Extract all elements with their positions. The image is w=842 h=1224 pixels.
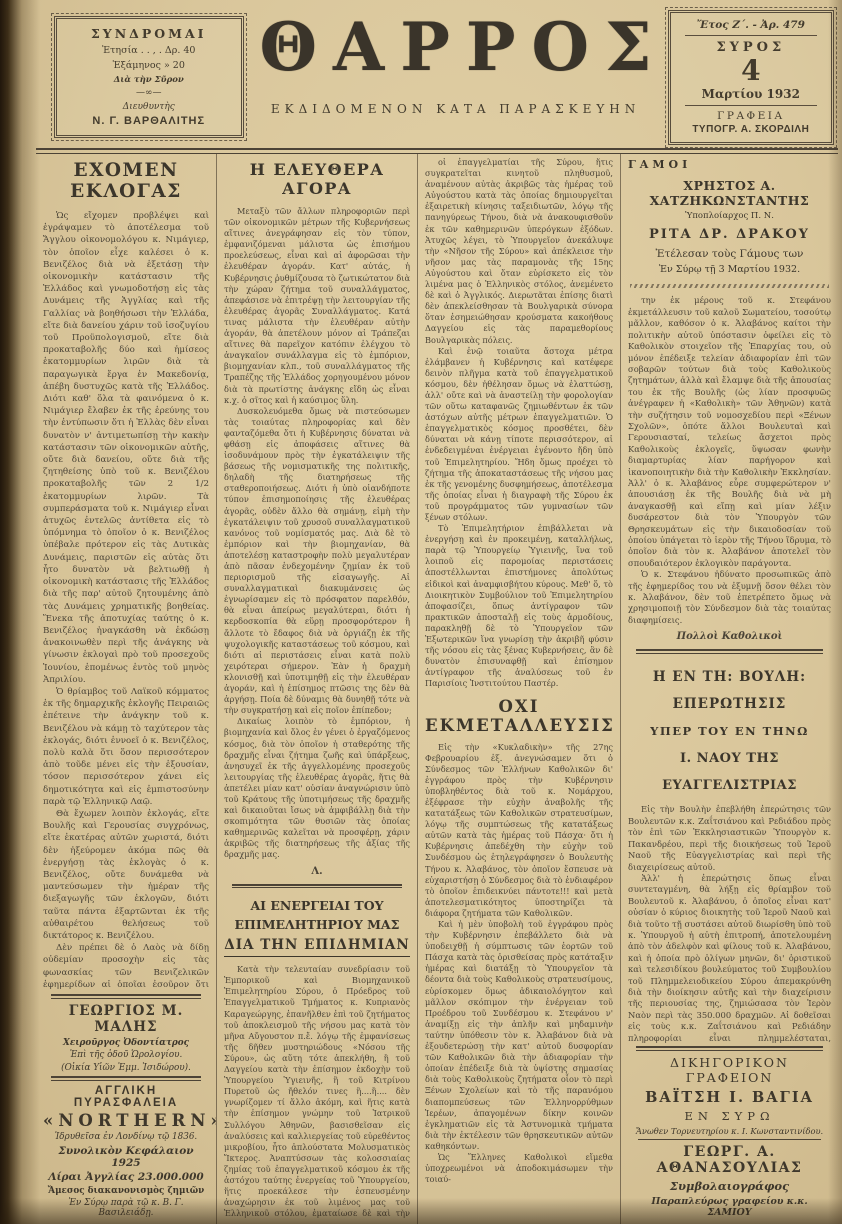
paragraph: Εἰς τὴν Βουλὴν ἐπεβλήθη ἐπερώτησις τῶν Β… [628, 804, 831, 872]
subscriptions-heading: ΣΥΝΔΡΟΜΑΙ [61, 26, 237, 41]
page-columns: ΕΧΟΜΕΝ ΕΚΛΟΓΑΣ Ὡς εἴχομεν προβλέψει καὶ … [36, 154, 838, 1224]
article-body: Ὡς εἴχομεν προβλέψει καὶ ἐγράψαμεν τὸ ἀπ… [43, 210, 209, 991]
paragraph: Ὡς Ἕλληνες Καθολικοὶ εἴμεθα ὑποχρεωμένοι… [425, 1152, 613, 1185]
ad-insurance-line: Λίραι Ἀγγλίας 23.000.000 [43, 1171, 209, 1183]
ad-insurance-line: Συνολικὸν Κεφάλαιον 1925 [43, 1145, 209, 1169]
article-oxi-ekmetallefsis: ΟΧΙ ΕΚΜΕΤΑΛΛΕΥΣΙΣ Εἰς τὴν «Κυκλαδικὴν» τ… [425, 690, 613, 1219]
section-rule [636, 649, 823, 654]
paragraph: Ὡς εἴχομεν προβλέψει καὶ ἐγράψαμεν τὸ ἀπ… [43, 210, 209, 686]
ad-law-title: ΔΙΚΗΓΟΡΙΚΟΝ ΓΡΑΦΕΙΟΝ [628, 1055, 831, 1085]
paragraph: Τὸ Ἐπιμελητήριον ἐπιβάλλεται νὰ ἐνεργήσῃ… [425, 523, 613, 689]
newspaper-title: ΘΑΡΡΟΣ [244, 8, 668, 86]
printer-name: ΤΥΠΟΓΡ. Α. ΣΚΟΡΔΙΛΗ [675, 124, 827, 135]
column-3: οἱ ἐπαγγελματίαι τῆς Σύρου, ἥτις συγκρατ… [418, 154, 621, 1224]
scan-spine-shadow [0, 0, 40, 1224]
column-1: ΕΧΟΜΕΝ ΕΚΛΟΓΑΣ Ὡς εἴχομεν προβλέψει καὶ … [36, 154, 217, 1224]
divider [685, 105, 817, 106]
paragraph: Δυσκολευόμεθα ὅμως νὰ πιστεύσωμεν τὰς το… [224, 406, 410, 717]
ad-insurance-line: Ἐν Σύρῳ παρὰ τῷ κ. Β. Γ. Βασιλειάδῃ. [43, 1198, 209, 1218]
ad-insurance-line: Ἄμεσος διακανονισμὸς ζημιῶν [43, 1186, 209, 1196]
article-body: την ἐκ μέρους τοῦ κ. Στεφάνου ἐκμετάλλευ… [628, 295, 831, 626]
section-rule [232, 884, 402, 889]
paragraph: Ὁ κ. Στεφάνου ἠδύνατο προσωπικῶς ἀπὸ τῆς… [628, 569, 831, 626]
section-rule [51, 994, 201, 999]
subscription-annual: Ἐτησία . . , . Δρ. 40 [61, 45, 237, 56]
subscription-semiannual: Ἑξάμηνος » 20 [61, 60, 237, 71]
ad-dentist-line: Χειροῦργος Ὀδοντίατρος [43, 1038, 209, 1048]
ad-insurance-northern: ΑΓΓΛΙΚΗ ΠΥΡΑΣΦΑΛΕΙΑ «NORTHERN» Ἱδρυθεῖσα… [43, 1085, 209, 1219]
article-headline: ΑΙ ΕΝΕΡΓΕΙΑΙ ΤΟΥ ΕΠΙΜΕΛΗΤΗΡΙΟΥ ΜΑΣ ΔΙΑ Τ… [224, 897, 410, 957]
article-headline: Η ΕΛΕΥΘΕΡΑ ΑΓΟΡΑ [224, 160, 410, 198]
paragraph: Καὶ ἡ μὲν ὑποβολὴ τοῦ ἐγγράφου πρὸς τὴν … [425, 919, 613, 1152]
article-body: Μεταξὺ τῶν ἄλλων πληροφοριῶν περὶ τῶν οἰ… [224, 206, 410, 861]
ad-insurance-line: Ἱδρυθεῖσα ἐν Λονδίνῳ τῷ 1836. [43, 1132, 209, 1142]
wedding-groom-name: ΧΡΗΣΤΟΣ Α. ΧΑΤΖΗΚΩΝΣΤΑΝΤΗΣ [628, 178, 831, 208]
ad-dentist-name: ΓΕΩΡΓΙΟΣ Μ. ΜΑΛΗΣ [43, 1003, 209, 1035]
paragraph: Δὲν πρέπει δὲ ὁ Λαὸς νὰ δίδῃ οὐδεμίαν πρ… [43, 942, 209, 991]
paragraph: την ἐκ μέρους τοῦ κ. Στεφάνου ἐκμετάλλευ… [628, 295, 831, 569]
paragraph: Δικαίως λοιπὸν τὸ ἐμπόριον, ἡ βιομηχανία… [224, 716, 410, 860]
column1-ads: ΓΕΩΡΓΙΟΣ Μ. ΜΑΛΗΣ Χειροῦργος Ὀδοντίατρος… [43, 991, 209, 1218]
ad-law-office: ΔΙΚΗΓΟΡΙΚΟΝ ΓΡΑΦΕΙΟΝ ΒΑΪΤΣΗ Ι. ΒΑΓΙΑ ΕΝ … [628, 1055, 831, 1136]
headline-line: Ι. ΝΑΟΥ ΤΗΣ ΕΥΑΓΓΕΛΙΣΤΡΙΑΣ [662, 751, 797, 793]
offices-label: ΓΡΑΦΕΙΑ [675, 110, 827, 122]
paragraph: οἱ ἐπαγγελματίαι τῆς Σύρου, ἥτις συγκρατ… [425, 157, 613, 346]
paragraph: Κατὰ τὴν τελευταίαν συνεδρίασιν τοῦ Ἐμπο… [224, 964, 410, 1218]
column-4: ΓΑΜΟΙ ΧΡΗΣΤΟΣ Α. ΧΑΤΖΗΚΩΝΣΤΑΝΤΗΣ Ὑποπλοί… [621, 154, 838, 1224]
ad-notary-role: Συμβολαιογράφος [628, 1179, 831, 1193]
section-rule [636, 1046, 823, 1051]
article-body: οἱ ἐπαγγελματίαι τῆς Σύρου, ἥτις συγκρατ… [425, 157, 613, 690]
director-name: Ν. Γ. ΒΑΡΘΑΛΙΤΗΣ [61, 115, 237, 127]
article-body: Εἰς τὴν Βουλὴν ἐπεβλήθη ἐπερώτησις τῶν Β… [628, 804, 831, 1043]
paragraph: Ἀλλ' ἡ ἐπερώτησις ὅπως εἶναι συντεταγμέν… [628, 873, 831, 1043]
masthead-rule [36, 148, 838, 154]
issue-date: Μαρτίου 1932 [675, 87, 827, 101]
article-exomen-eklogas: ΕΧΟΜΕΝ ΕΚΛΟΓΑΣ Ὡς εἴχομεν προβλέψει καὶ … [43, 157, 209, 991]
letter-signature: Πολλοὶ Καθολικοὶ [628, 631, 831, 642]
headline-line: Η ΕΝ ΤΗ: ΒΟΥΛΗ: ΕΠΕΡΩΤΗΣΙΣ [653, 669, 806, 712]
paragraph: Μεταξὺ τῶν ἄλλων πληροφοριῶν περὶ τῶν οἰ… [224, 206, 410, 406]
wedding-place-date: Ἐν Σύρῳ τῇ 3 Μαρτίου 1932. [628, 264, 831, 275]
paragraph: Ὁ θρίαμβος τοῦ Λαϊκοῦ κόμματος ἐκ τῆς δη… [43, 686, 209, 808]
article-body: Εἰς τὴν «Κυκλαδικὴν» τῆς 27ης Φεβρουαρίο… [425, 742, 613, 1186]
article-signature: Λ. [224, 866, 410, 877]
masthead-center: ΘΑΡΡΟΣ ΕΚΔΙΔΟΜΕΝΟΝ ΚΑΤΑ ΠΑΡΑΣΚΕΥΗΝ [244, 0, 668, 116]
ad-insurance-brand: «NORTHERN» [43, 1111, 209, 1130]
article-body: Κατὰ τὴν τελευταίαν συνεδρίασιν τοῦ Ἐμπο… [224, 964, 410, 1218]
wedding-announcement: ΧΡΗΣΤΟΣ Α. ΧΑΤΖΗΚΩΝΣΤΑΝΤΗΣ Ὑποπλοίαρχος … [628, 178, 831, 275]
wedding-groom-title: Ὑποπλοίαρχος Π. Ν. [628, 211, 831, 221]
ad-insurance-heading: ΑΓΓΛΙΚΗ ΠΥΡΑΣΦΑΛΕΙΑ [43, 1085, 209, 1109]
article-headline: ΕΧΟΜΕΝ ΕΚΛΟΓΑΣ [43, 160, 209, 202]
article-eleftheras-agora: Η ΕΛΕΥΘΕΡΑ ΑΓΟΡΑ Μεταξὺ τῶν ἄλλων πληροφ… [224, 157, 410, 881]
subscription-box: ΣΥΝΔΡΟΜΑΙ Ἐτησία . . , . Δρ. 40 Ἑξάμηνος… [54, 16, 244, 138]
ad-dentist: ΓΕΩΡΓΙΟΣ Μ. ΜΑΛΗΣ Χειροῦργος Ὀδοντίατρος… [43, 1003, 209, 1073]
issue-place: ΣΥΡΟΣ [675, 40, 827, 55]
article-eperotisis: Η ΕΝ ΤΗ: ΒΟΥΛΗ: ΕΠΕΡΩΤΗΣΙΣ ΥΠΕΡ ΤΟΥ ΕΝ Τ… [628, 658, 831, 1043]
article-headline: ΟΧΙ ΕΚΜΕΤΑΛΛΕΥΣΙΣ [425, 692, 613, 735]
director-label: Διευθυντὴς [61, 102, 237, 112]
section-rule [638, 1139, 821, 1140]
wedding-bride-name: ΡΙΤΑ ΔΡ. ΔΡΑΚΟΥ [628, 227, 831, 242]
masthead: ΣΥΝΔΡΟΜΑΙ Ἐτησία . . , . Δρ. 40 Ἑξάμηνος… [36, 0, 838, 146]
newspaper-subtitle: ΕΚΔΙΔΟΜΕΝΟΝ ΚΑΤΑ ΠΑΡΑΣΚΕΥΗΝ [244, 102, 668, 116]
headline-line: ΔΙΑ ΤΗΝ ΕΠΙΔΗΜΙΑΝ [224, 935, 409, 957]
wedding-ceremony-line: Ἐτέλεσαν τοὺς Γάμους των [628, 248, 831, 260]
issue-year-number: Ἔτος Ζ΄. - Ἀρ. 479 [675, 19, 827, 31]
newspaper-page: ΣΥΝΔΡΟΜΑΙ Ἐτησία . . , . Δρ. 40 Ἑξάμηνος… [0, 0, 842, 1224]
ad-notary: ΓΕΩΡΓ. Α. ΑΘΑΝΑΣΟΥΛΙΑΣ Συμβολαιογράφος Π… [628, 1144, 831, 1218]
section-rule [51, 1076, 201, 1081]
ornament-divider [630, 284, 829, 288]
ad-law-place: ΕΝ ΣΥΡΩ [628, 1109, 831, 1123]
ad-notary-name: ΓΕΩΡΓ. Α. ΑΘΑΝΑΣΟΥΛΙΑΣ [628, 1144, 831, 1176]
article-epimelitirio: ΑΙ ΕΝΕΡΓΕΙΑΙ ΤΟΥ ΕΠΙΜΕΛΗΤΗΡΙΟΥ ΜΑΣ ΔΙΑ Τ… [224, 892, 410, 1218]
subscription-note: Διὰ τὴν Σῦρον [61, 75, 237, 85]
weddings-section-label: ΓΑΜΟΙ [628, 158, 831, 171]
paragraph: Εἰς τὴν «Κυκλαδικὴν» τῆς 27ης Φεβρουαρίο… [425, 742, 613, 920]
paragraph: Θὰ ἔχωμεν λοιπὸν ἐκλογάς, εἴτε Βουλῆς κα… [43, 808, 209, 942]
article-headline: Η ΕΝ ΤΗ: ΒΟΥΛΗ: ΕΠΕΡΩΤΗΣΙΣ ΥΠΕΡ ΤΟΥ ΕΝ Τ… [628, 662, 831, 798]
ad-notary-note: Παραπλεύρως γραφείου κ.κ. ΣΑΜΙΟΥ [628, 1196, 831, 1218]
headline-line: ΥΠΕΡ ΤΟΥ ΕΝ ΤΗΝΩ [650, 724, 809, 738]
ornament-infinity-divider: —∞— [61, 88, 237, 98]
divider [685, 35, 817, 36]
column4-ads: ΔΙΚΗΓΟΡΙΚΟΝ ΓΡΑΦΕΙΟΝ ΒΑΪΤΣΗ Ι. ΒΑΓΙΑ ΕΝ … [628, 1043, 831, 1218]
ad-dentist-line: Ἐπὶ τῆς ὁδοῦ Ὡρολογίου. [43, 1050, 209, 1060]
paragraph: Καὶ ἐνῷ τοιαῦτα ἄστοχα μέτρα ἐλάμβανεν ἡ… [425, 346, 613, 524]
ad-dentist-line: (Οἰκία Υἱῶν Ἐμμ. Ἰσιδώρου). [43, 1063, 209, 1073]
issue-day: 4 [675, 57, 827, 85]
article-epimelitirio-continued: οἱ ἐπαγγελματίαι τῆς Σύρου, ἥτις συγκρατ… [425, 157, 613, 690]
headline-line: ΑΙ ΕΝΕΡΓΕΙΑΙ ΤΟΥ ΕΠΙΜΕΛΗΤΗΡΙΟΥ ΜΑΣ [235, 898, 400, 932]
column-2: Η ΕΛΕΥΘΕΡΑ ΑΓΟΡΑ Μεταξὺ τῶν ἄλλων πληροφ… [217, 154, 418, 1224]
ad-law-note: Ἄνωθεν Τορνευτηρίου κ. Ι. Κωνσταντινίδου… [628, 1126, 831, 1136]
article-letter-continued: την ἐκ μέρους τοῦ κ. Στεφάνου ἐκμετάλλευ… [628, 295, 831, 646]
issue-box: Ἔτος Ζ΄. - Ἀρ. 479 ΣΥΡΟΣ 4 Μαρτίου 1932 … [668, 10, 834, 145]
ad-law-name: ΒΑΪΤΣΗ Ι. ΒΑΓΙΑ [628, 1089, 831, 1106]
